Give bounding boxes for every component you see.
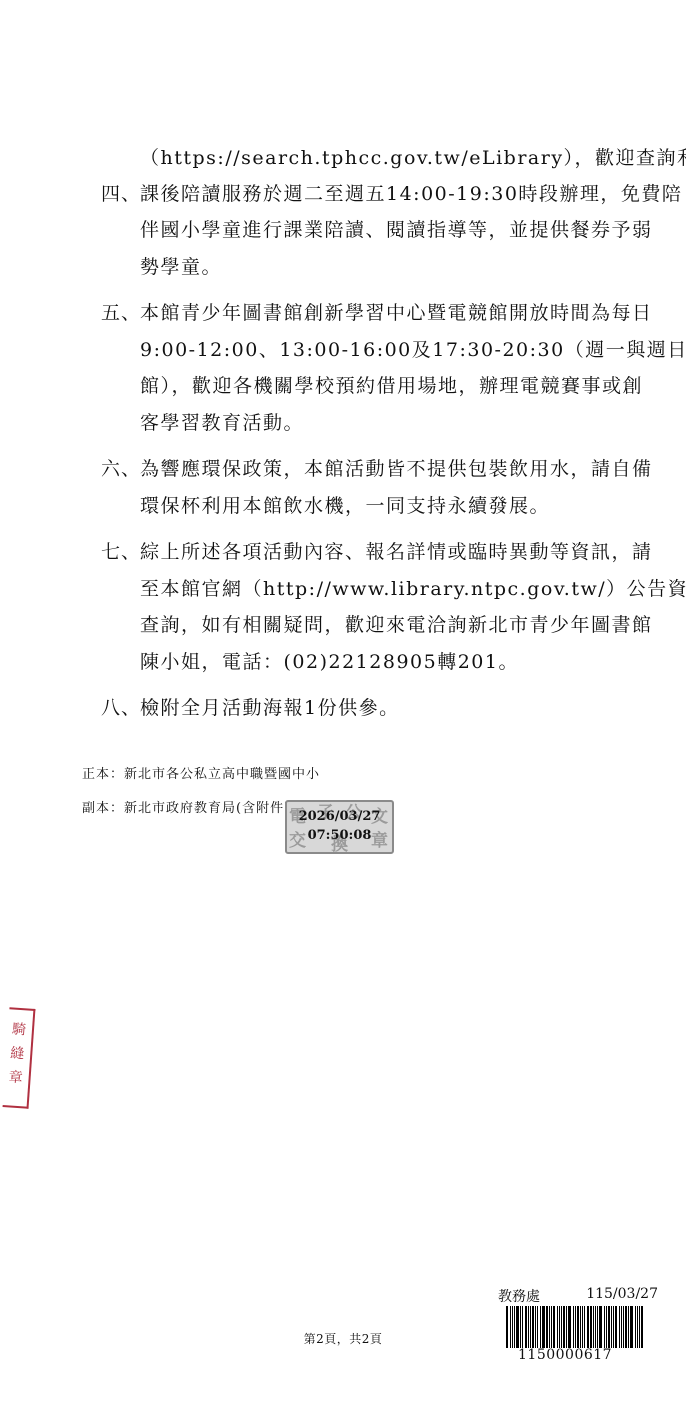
- item-5-line-2: 9:00-12:00、13:00-16:00及17:30-20:30（週一與週日…: [140, 338, 686, 362]
- item-4-line-2: 伴國小學童進行課業陪讀、閱讀指導等，並提供餐券予弱: [140, 218, 653, 242]
- item-8-line-1: 檢附全月活動海報1份供參。: [140, 696, 400, 720]
- item-5-line-1: 本館青少年圖書館創新學習中心暨電競館開放時間為每日: [140, 301, 653, 325]
- page-number: 第2頁，共2頁: [0, 1330, 686, 1347]
- item-6-line-2: 環保杯利用本館飲水機，一同支持永續發展。: [140, 494, 550, 518]
- item-number-5: 五、: [101, 301, 141, 325]
- item-5-line-4: 客學習教育活動。: [140, 411, 304, 435]
- seam-seal: 騎 縫 章: [3, 1007, 36, 1109]
- barcode-number: 1150000617: [518, 1347, 612, 1363]
- item-7-line-2: 至本館官網（http://www.library.ntpc.gov.tw/）公告…: [140, 577, 686, 601]
- item-4-line-3: 勢學童。: [140, 255, 222, 279]
- item-7-line-3: 查詢，如有相關疑問，歡迎來電洽詢新北市青少年圖書館: [140, 613, 653, 637]
- seal-char: 縫: [5, 1041, 31, 1067]
- item-7-line-4: 陳小姐，電話：(02)22128905轉201。: [140, 650, 519, 674]
- item-number-6: 六、: [101, 457, 141, 481]
- stamp-date: 2026/03/27: [287, 809, 392, 824]
- stamp-time: 07:50:08: [287, 828, 392, 843]
- item-6-line-1: 為響應環保政策，本館活動皆不提供包裝飲用水，請自備: [140, 457, 653, 481]
- item-number-4: 四、: [101, 182, 141, 206]
- document-page: （https://search.tphcc.gov.tw/eLibrary），歡…: [0, 0, 686, 1404]
- original-recipient: 正本：新北市各公私立高中職暨國中小: [82, 766, 320, 784]
- barcode-department: 教務處: [498, 1286, 540, 1306]
- seal-char: 騎: [7, 1017, 33, 1043]
- item-5-line-3: 館），歡迎各機關學校預約借用場地，辦理電競賽事或創: [140, 374, 643, 398]
- item-4-line-1: 課後陪讀服務於週二至週五14:00-19:30時段辦理，免費陪: [140, 182, 682, 206]
- exchange-timestamp-stamp: 電 子 公 文 交 換 章 2026/03/27 07:50:08: [285, 800, 394, 854]
- continuation-line: （https://search.tphcc.gov.tw/eLibrary），歡…: [140, 146, 686, 170]
- seal-char: 章: [4, 1065, 30, 1091]
- item-number-8: 八、: [101, 696, 141, 720]
- item-7-line-1: 綜上所述各項活動內容、報名詳情或臨時異動等資訊，請: [140, 540, 653, 564]
- barcode-date: 115/03/27: [586, 1286, 658, 1302]
- copy-recipient: 副本：新北市政府教育局(含附件): [82, 800, 290, 818]
- item-number-7: 七、: [101, 540, 141, 564]
